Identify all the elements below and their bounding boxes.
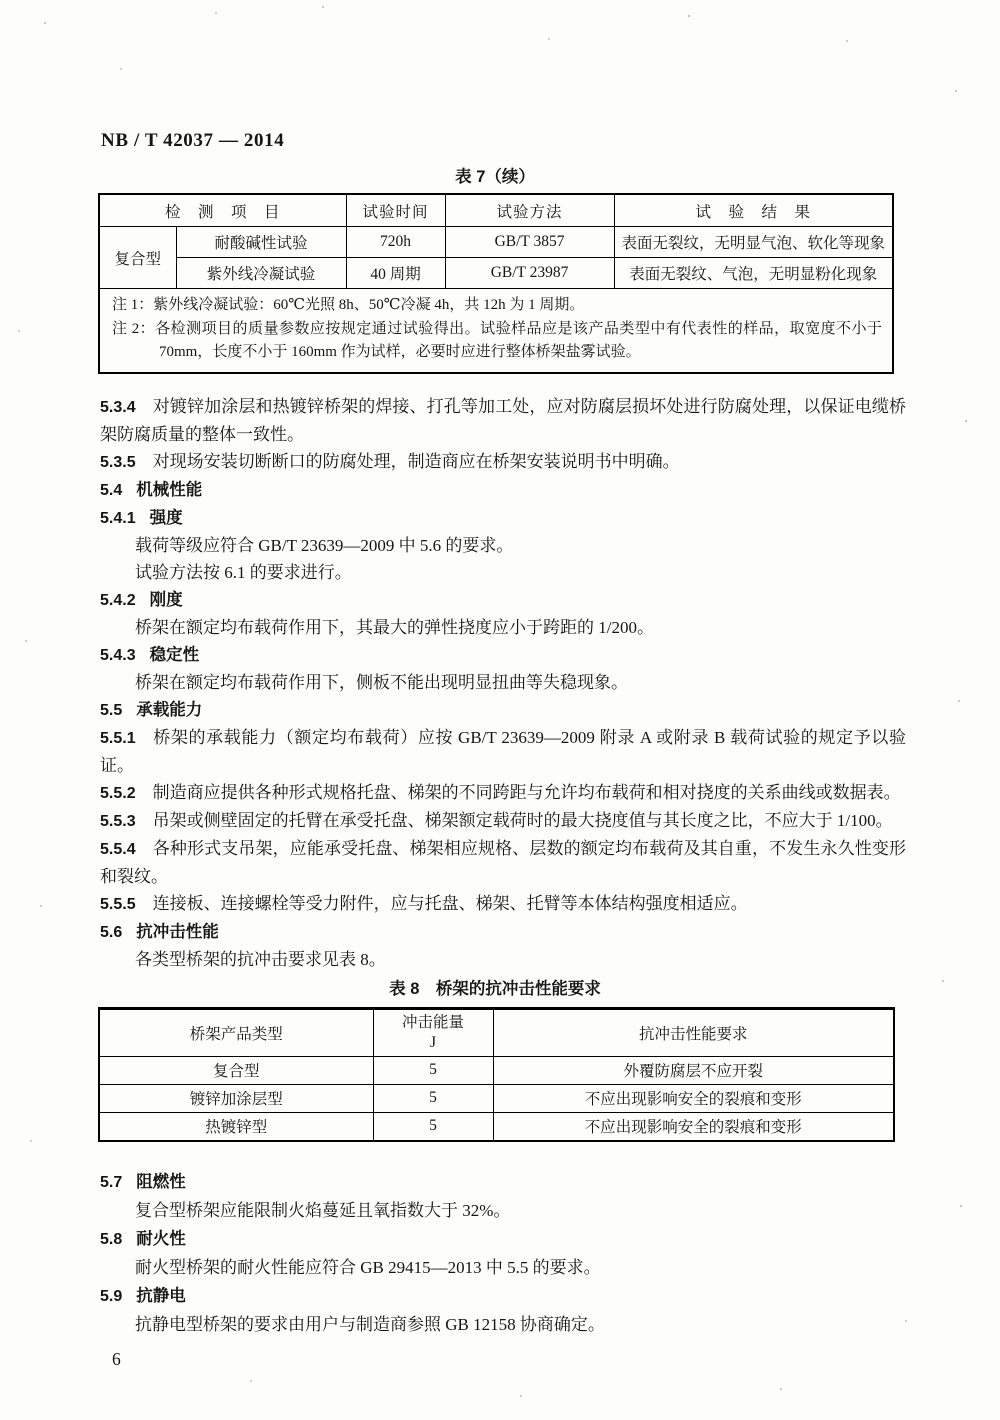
table7-col-header-time: 试验时间 — [346, 194, 445, 227]
heading-text: 承载能力 — [136, 701, 202, 719]
clause-5-5-2: 5.5.2制造商应提供各种形式规格托盘、梯架的不同跨距与允许均布载荷和相对挠度的… — [100, 779, 906, 807]
heading-number: 5.4.2 — [100, 592, 136, 609]
clause-5-5-1: 5.5.1桥架的承载能力（额定均布载荷）应按 GB/T 23639—2009 附… — [100, 724, 906, 779]
note-text: 各检测项目的质量参数应按规定通过试验得出。试验样品应是该产品类型中有代表性的样品… — [155, 321, 882, 361]
heading-5-6: 5.6抗冲击性能 — [100, 918, 906, 946]
heading-5-5: 5.5承载能力 — [100, 696, 906, 724]
heading-number: 5.6 — [100, 924, 122, 941]
paragraph: 桥架在额定均布载荷作用下，侧板不能出现明显扭曲等失稳现象。 — [100, 669, 906, 696]
clause-text: 对镀锌加涂层和热镀锌桥架的焊接、打孔等加工处，应对防腐层损坏处进行防腐处理，以保… — [100, 397, 906, 444]
clause-text: 各种形式支吊架，应能承受托盘、梯架相应规格、层数的额定均布载荷及其自重，不发生永… — [100, 839, 906, 886]
scanned-document-page: NB / T 42037 — 2014 表 7（续） 检 测 项 目 试验时间 … — [0, 0, 1000, 1420]
clause-5-5-4: 5.5.4各种形式支吊架，应能承受托盘、梯架相应规格、层数的额定均布载荷及其自重… — [100, 835, 906, 890]
heading-text: 抗静电 — [136, 1287, 186, 1305]
note-label: 注 1： — [112, 297, 153, 313]
table8-caption: 表 8 桥架的抗冲击性能要求 — [98, 979, 892, 1000]
heading-number: 5.4 — [100, 482, 122, 499]
energy-label: 冲击能量 — [376, 1013, 491, 1033]
table8-cell-energy: 5 — [373, 1056, 493, 1084]
note-text: 紫外线冷凝试验：60℃光照 8h、50℃冷凝 4h，共 12h 为 1 周期。 — [153, 297, 584, 313]
paragraph: 各类型桥架的抗冲击要求见表 8。 — [100, 946, 906, 973]
table7-note-2: 注 2：各检测项目的质量参数应按规定通过试验得出。试验样品应是该产品类型中有代表… — [112, 318, 882, 365]
heading-5-4-3: 5.4.3稳定性 — [100, 641, 906, 669]
clause-number: 5.3.5 — [100, 454, 136, 471]
clause-number: 5.3.4 — [100, 399, 136, 416]
note-label: 注 2： — [112, 321, 155, 337]
table8-cell-energy: 5 — [373, 1084, 493, 1112]
table7: 检 测 项 目 试验时间 试验方法 试 验 结 果 复合型 耐酸碱性试验 720… — [98, 193, 894, 374]
table-row: 热镀锌型 5 不应出现影响安全的裂痕和变形 — [99, 1112, 894, 1141]
table7-group-label: 复合型 — [99, 227, 176, 289]
clause-text: 制造商应提供各种形式规格托盘、梯架的不同跨距与允许均布载荷和相对挠度的关系曲线或… — [153, 783, 901, 802]
table8-cell-type: 热镀锌型 — [99, 1112, 373, 1141]
table7-cell-result: 表面无裂纹，无明显气泡、软化等现象 — [614, 227, 893, 258]
paragraph: 耐火型桥架的耐火性能应符合 GB 29415—2013 中 5.5 的要求。 — [100, 1254, 906, 1282]
clause-5-3-5: 5.3.5对现场安装切断断口的防腐处理，制造商应在桥架安装说明书中明确。 — [100, 448, 906, 476]
heading-text: 强度 — [150, 509, 183, 527]
heading-5-4-2: 5.4.2刚度 — [100, 586, 906, 614]
table8-cell-requirement: 不应出现影响安全的裂痕和变形 — [493, 1084, 894, 1112]
table7-cell-method: GB/T 23987 — [445, 258, 614, 289]
table-row: 复合型 耐酸碱性试验 720h GB/T 3857 表面无裂纹，无明显气泡、软化… — [99, 227, 893, 258]
heading-text: 稳定性 — [150, 646, 200, 664]
table7-cell-method: GB/T 3857 — [445, 227, 614, 258]
heading-5-4: 5.4机械性能 — [100, 476, 906, 504]
paragraph: 复合型桥架应能限制火焰蔓延且氧指数大于 32%。 — [100, 1197, 906, 1225]
clause-number: 5.5.2 — [100, 785, 136, 802]
table7-col-header-result: 试 验 结 果 — [614, 194, 893, 227]
clauses-upper-section: 5.3.4对镀锌加涂层和热镀锌桥架的焊接、打孔等加工处，应对防腐层损坏处进行防腐… — [100, 393, 906, 973]
clause-number: 5.5.1 — [100, 730, 136, 747]
table8-cell-type: 镀锌加涂层型 — [99, 1084, 373, 1112]
heading-5-9: 5.9抗静电 — [100, 1282, 906, 1311]
table7-cell-result: 表面无裂纹、气泡，无明显粉化现象 — [614, 258, 893, 289]
table-row: 紫外线冷凝试验 40 周期 GB/T 23987 表面无裂纹、气泡，无明显粉化现… — [99, 258, 893, 289]
page-number: 6 — [112, 1348, 1000, 1370]
heading-number: 5.9 — [100, 1288, 122, 1305]
heading-5-8: 5.8耐火性 — [100, 1225, 906, 1254]
scan-noise — [0, 0, 2, 2]
clause-number: 5.5.4 — [100, 841, 136, 858]
heading-5-4-1: 5.4.1强度 — [100, 504, 906, 532]
heading-number: 5.4.3 — [100, 647, 136, 664]
clause-number: 5.5.5 — [100, 896, 136, 913]
table-row: 镀锌加涂层型 5 不应出现影响安全的裂痕和变形 — [99, 1084, 894, 1112]
table8-header-row: 桥架产品类型 冲击能量J 抗冲击性能要求 — [99, 1008, 894, 1056]
table7-cell-item: 耐酸碱性试验 — [176, 227, 346, 258]
heading-5-7: 5.7阻燃性 — [100, 1168, 906, 1197]
heading-number: 5.8 — [100, 1231, 122, 1248]
heading-number: 5.5 — [100, 702, 122, 719]
table7-note-1: 注 1：紫外线冷凝试验：60℃光照 8h、50℃冷凝 4h，共 12h 为 1 … — [112, 294, 882, 318]
heading-text: 机械性能 — [136, 481, 202, 499]
table8-cell-energy: 5 — [373, 1112, 493, 1141]
heading-text: 刚度 — [150, 591, 183, 609]
table8-col-header-energy: 冲击能量J — [373, 1008, 493, 1056]
paragraph: 桥架在额定均布载荷作用下，其最大的弹性挠度应小于跨距的 1/200。 — [100, 614, 906, 641]
clause-text: 吊架或侧壁固定的托臂在承受托盘、梯架额定载荷时的最大挠度值与其长度之比，不应大于… — [153, 811, 893, 830]
paragraph: 载荷等级应符合 GB/T 23639—2009 中 5.6 的要求。 — [100, 532, 906, 559]
table7-caption: 表 7（续） — [98, 167, 892, 188]
clause-number: 5.5.3 — [100, 813, 136, 830]
table7-header-row: 检 测 项 目 试验时间 试验方法 试 验 结 果 — [99, 194, 893, 227]
table7-notes-row: 注 1：紫外线冷凝试验：60℃光照 8h、50℃冷凝 4h，共 12h 为 1 … — [99, 289, 893, 373]
clause-text: 对现场安装切断断口的防腐处理，制造商应在桥架安装说明书中明确。 — [153, 452, 680, 471]
heading-text: 耐火性 — [136, 1230, 186, 1248]
paragraph: 抗静电型桥架的要求由用户与制造商参照 GB 12158 协商确定。 — [100, 1311, 906, 1339]
clause-text: 连接板、连接螺栓等受力附件，应与托盘、梯架、托臂等本体结构强度相适应。 — [153, 894, 748, 913]
table8-cell-requirement: 外覆防腐层不应开裂 — [493, 1056, 894, 1084]
table8-cell-requirement: 不应出现影响安全的裂痕和变形 — [493, 1112, 894, 1141]
table-row: 复合型 5 外覆防腐层不应开裂 — [99, 1056, 894, 1084]
paragraph: 试验方法按 6.1 的要求进行。 — [100, 559, 906, 586]
table7-cell-time: 40 周期 — [346, 258, 445, 289]
energy-unit: J — [376, 1033, 491, 1053]
heading-text: 阻燃性 — [136, 1173, 186, 1191]
table7-notes-cell: 注 1：紫外线冷凝试验：60℃光照 8h、50℃冷凝 4h，共 12h 为 1 … — [99, 289, 893, 373]
heading-number: 5.7 — [100, 1174, 122, 1191]
table8-col-header-requirement: 抗冲击性能要求 — [493, 1008, 894, 1056]
standard-number-header: NB / T 42037 — 2014 — [101, 129, 1000, 152]
clause-text: 桥架的承载能力（额定均布载荷）应按 GB/T 23639—2009 附录 A 或… — [100, 728, 906, 775]
table7-cell-item: 紫外线冷凝试验 — [176, 258, 346, 289]
table8-cell-type: 复合型 — [99, 1056, 373, 1084]
heading-number: 5.4.1 — [100, 510, 136, 527]
table7-cell-time: 720h — [346, 227, 445, 258]
clause-5-5-5: 5.5.5连接板、连接螺栓等受力附件，应与托盘、梯架、托臂等本体结构强度相适应。 — [100, 890, 906, 918]
table8: 桥架产品类型 冲击能量J 抗冲击性能要求 复合型 5 外覆防腐层不应开裂 镀锌加… — [98, 1007, 895, 1142]
clause-5-5-3: 5.5.3吊架或侧壁固定的托臂在承受托盘、梯架额定载荷时的最大挠度值与其长度之比… — [100, 807, 906, 835]
table8-col-header-type: 桥架产品类型 — [99, 1008, 373, 1056]
clauses-lower-section: 5.7阻燃性 复合型桥架应能限制火焰蔓延且氧指数大于 32%。 5.8耐火性 耐… — [100, 1168, 906, 1339]
heading-text: 抗冲击性能 — [136, 923, 219, 941]
table7-col-header-method: 试验方法 — [445, 194, 614, 227]
clause-5-3-4: 5.3.4对镀锌加涂层和热镀锌桥架的焊接、打孔等加工处，应对防腐层损坏处进行防腐… — [100, 393, 906, 448]
table7-col-header-item: 检 测 项 目 — [99, 194, 346, 227]
